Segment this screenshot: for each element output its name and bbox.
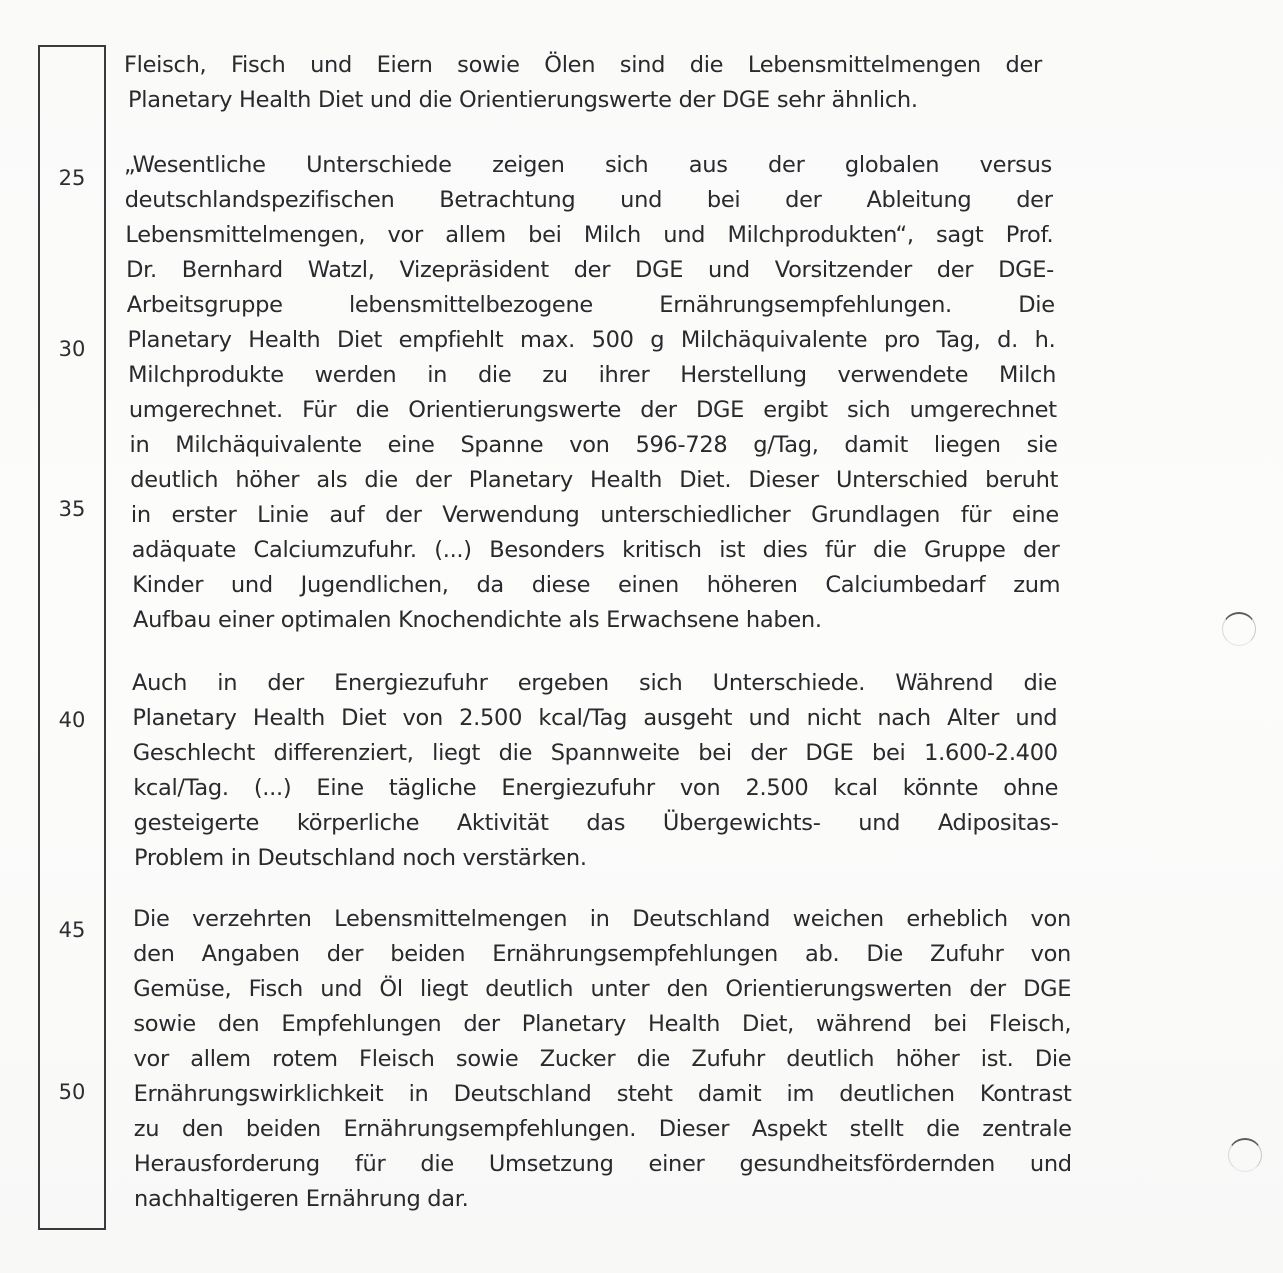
text-line: Problem in Deutschland noch verstärken. [134, 843, 587, 873]
text-line: adäquateCalciumzufuhr.(...)Besonderskrit… [132, 535, 1060, 565]
text-line: kcal/Tag.(...)EinetäglicheEnergiezufuhrv… [133, 773, 1058, 803]
text-line: Planetary Health Diet und die Orientieru… [128, 85, 918, 115]
text-line: zudenbeidenErnährungsempfehlungen.Dieser… [134, 1114, 1072, 1144]
line-number: 50 [40, 1077, 104, 1107]
text-line: KinderundJugendlichen,dadieseeinenhöhere… [132, 570, 1060, 600]
text-line: Gemüse,FischundÖlliegtdeutlichunterdenOr… [133, 974, 1071, 1004]
text-line: Aufbau einer optimalen Knochendichte als… [133, 605, 822, 635]
text-line: inMilchäquivalenteeineSpannevon596-728g/… [130, 430, 1058, 460]
text-line: Geschlechtdifferenziert,liegtdieSpannwei… [133, 738, 1058, 768]
text-line: denAngabenderbeidenErnährungsempfehlunge… [133, 939, 1071, 969]
text-line: inersterLinieaufderVerwendungunterschied… [131, 500, 1059, 530]
text-line: DieverzehrtenLebensmittelmengeninDeutsch… [133, 904, 1071, 934]
text-line: „WesentlicheUnterschiedezeigensichausder… [124, 150, 1052, 180]
text-line: PlanetaryHealthDietempfiehltmax.500gMilc… [127, 325, 1055, 355]
text-line: ArbeitsgruppelebensmittelbezogeneErnähru… [127, 290, 1055, 320]
line-number: 45 [40, 915, 104, 945]
line-number: 35 [40, 494, 104, 524]
document-page: 253035404550 Fleisch,FischundEiernsowieÖ… [0, 0, 1283, 1273]
line-number-gutter [38, 45, 106, 1230]
text-line: vorallemrotemFleischsowieZuckerdieZufuhr… [134, 1044, 1072, 1074]
text-line: PlanetaryHealthDietvon2.500kcal/Tagausge… [132, 703, 1057, 733]
text-line: MilchproduktewerdenindiezuihrerHerstellu… [128, 360, 1056, 390]
text-line: sowiedenEmpfehlungenderPlanetaryHealthDi… [133, 1009, 1071, 1039]
text-line: HerausforderungfürdieUmsetzungeinergesun… [134, 1149, 1072, 1179]
punch-hole-icon [1228, 1138, 1262, 1172]
line-number: 25 [40, 163, 104, 193]
text-line: gesteigertekörperlicheAktivitätdasÜberge… [134, 808, 1059, 838]
text-line: Lebensmittelmengen,vorallembeiMilchundMi… [125, 220, 1053, 250]
text-line: deutlichhöheralsdiederPlanetaryHealthDie… [130, 465, 1058, 495]
punch-hole-icon [1222, 612, 1256, 646]
text-line: nachhaltigeren Ernährung dar. [134, 1184, 468, 1214]
text-line: deutschlandspezifischenBetrachtungundbei… [125, 185, 1053, 215]
line-number: 40 [40, 705, 104, 735]
line-number: 30 [40, 334, 104, 364]
text-line: ErnährungswirklichkeitinDeutschlandsteht… [134, 1079, 1072, 1109]
text-line: umgerechnet.FürdieOrientierungswertederD… [129, 395, 1057, 425]
text-line: AuchinderEnergiezufuhrergebensichUntersc… [132, 668, 1057, 698]
text-line: Dr.BernhardWatzl,VizepräsidentderDGEundV… [126, 255, 1054, 285]
text-line: Fleisch,FischundEiernsowieÖlensinddieLeb… [124, 50, 1042, 80]
